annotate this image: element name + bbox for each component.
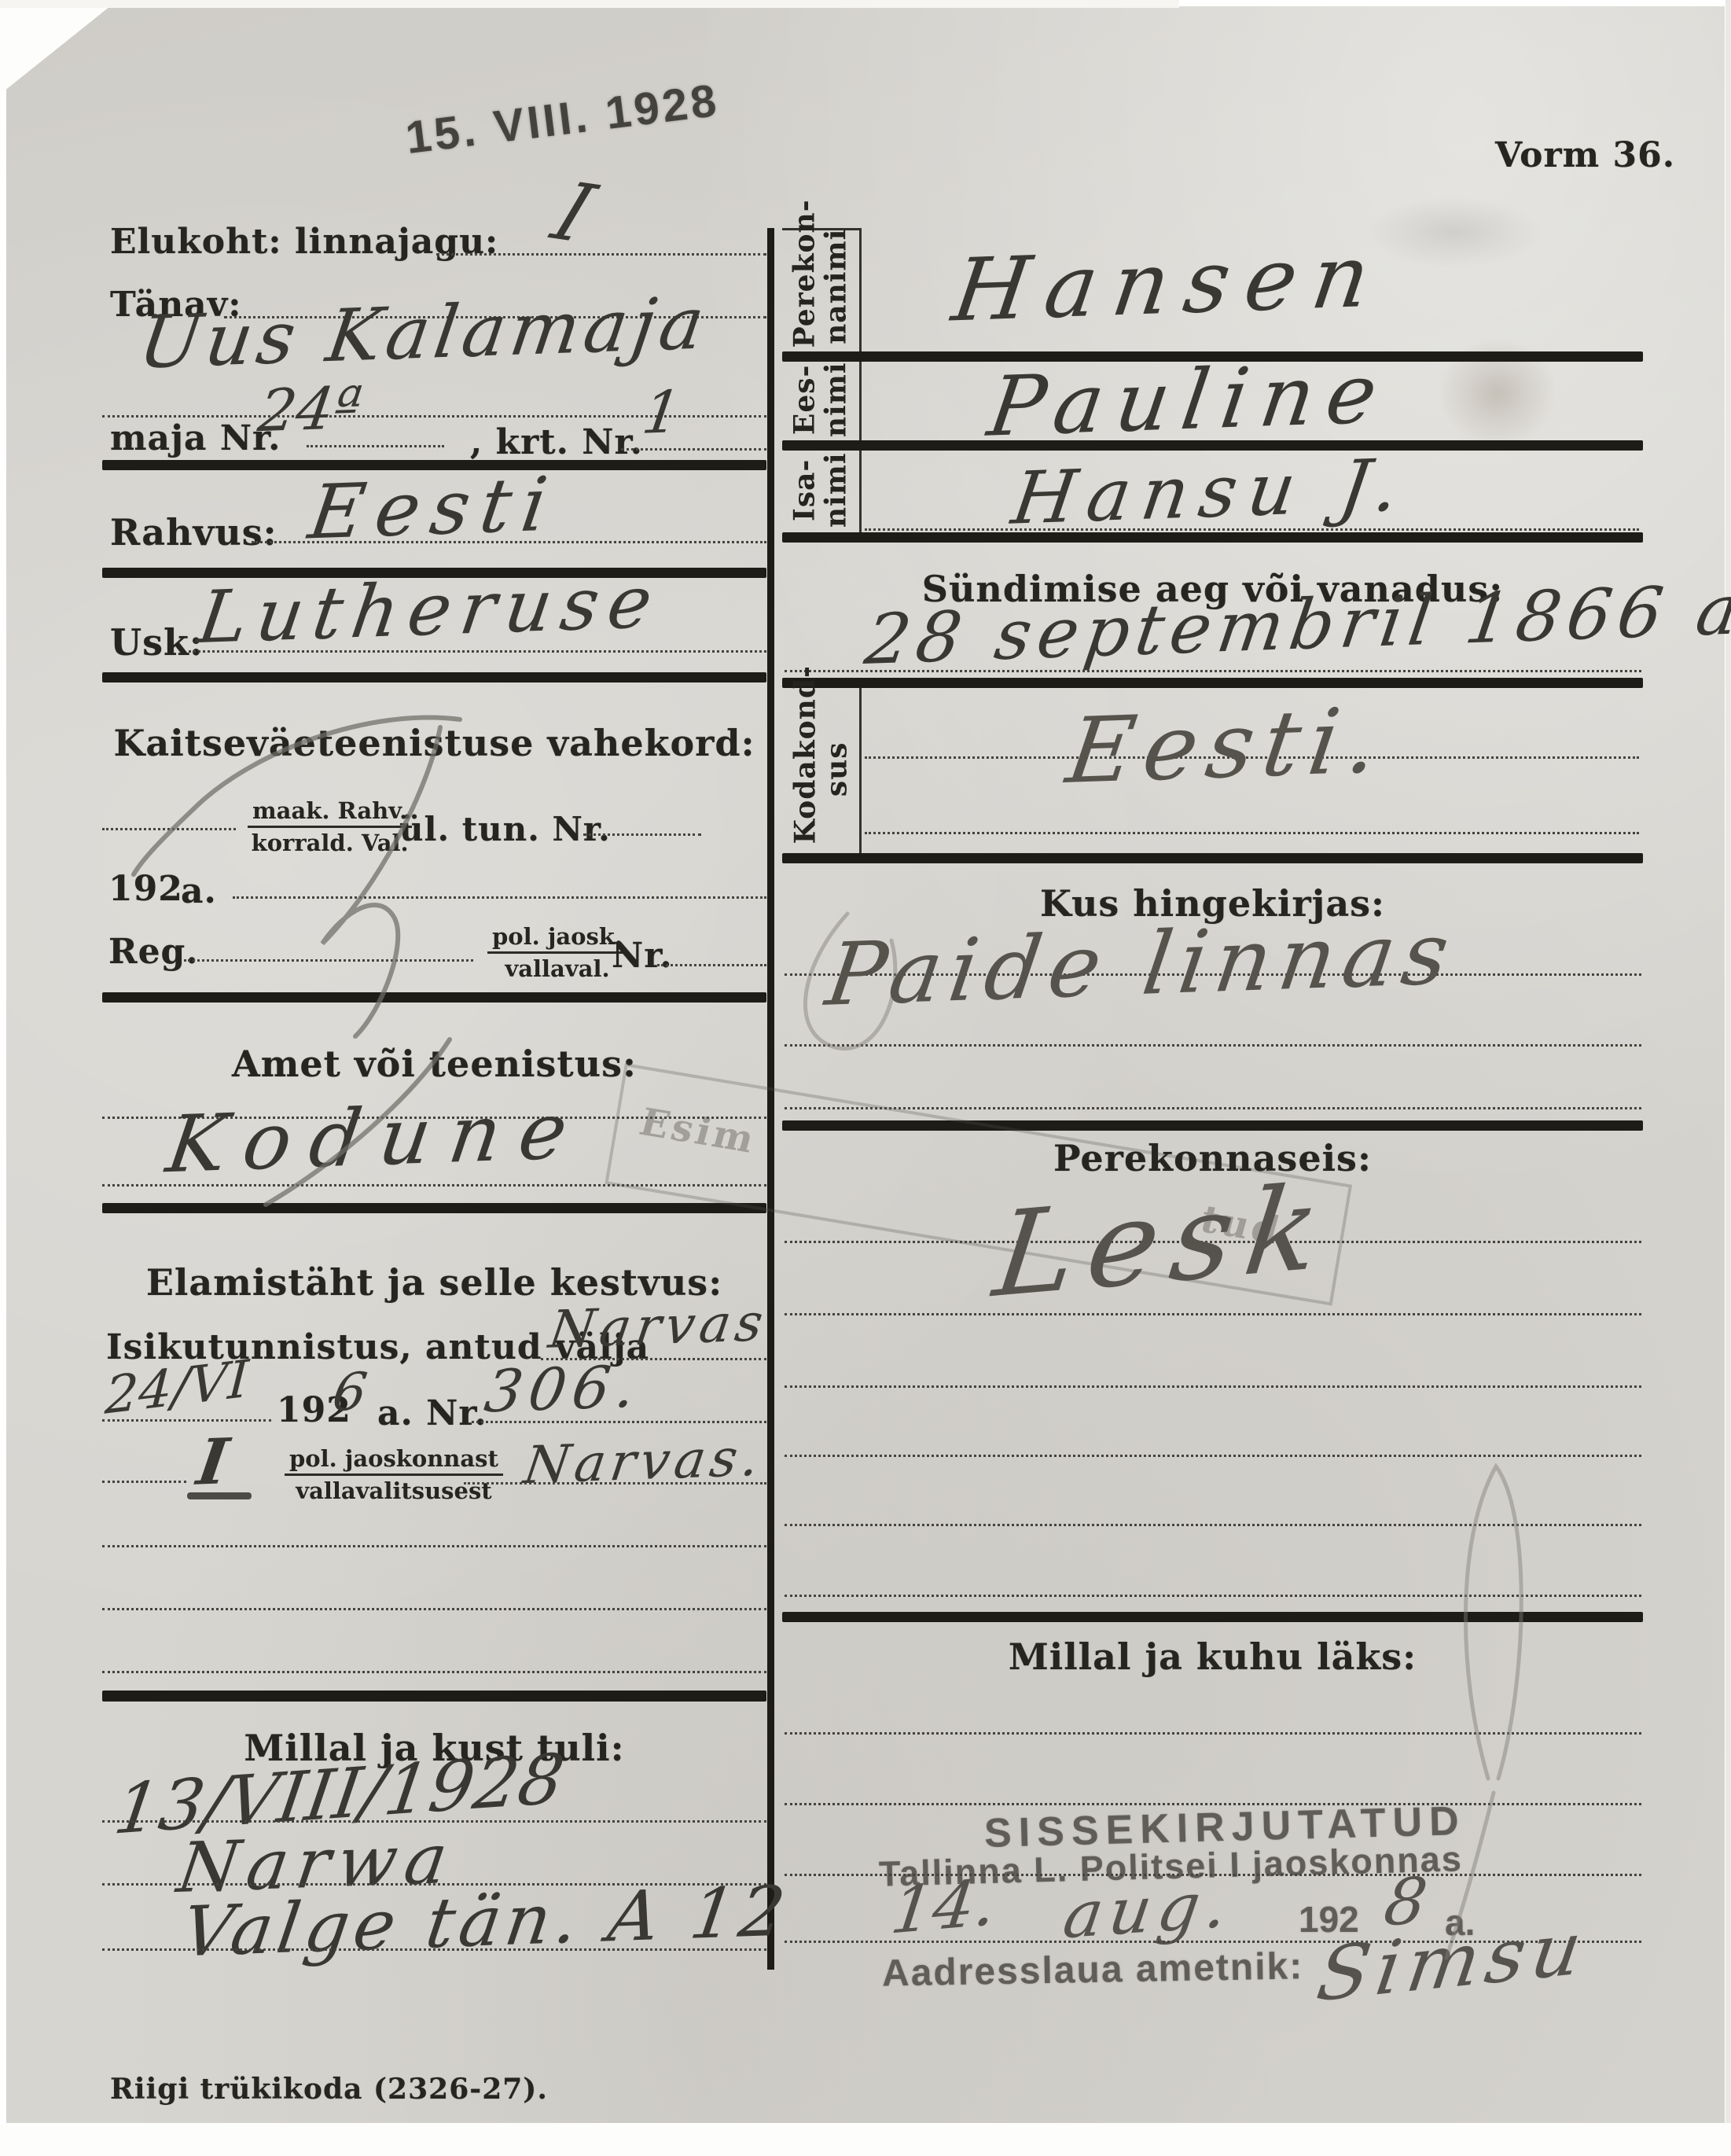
dotted-line bbox=[233, 896, 766, 899]
fathername-vertical-label: Isa- nimi bbox=[789, 451, 853, 529]
nationality-label: Rahvus: bbox=[110, 511, 277, 554]
firstname-vertical-label: Ees- nimi bbox=[789, 360, 853, 439]
label-box-divider bbox=[859, 451, 862, 532]
dotted-line bbox=[785, 1732, 1641, 1735]
dotted-line bbox=[436, 253, 766, 256]
heavy-rule bbox=[782, 678, 1643, 688]
dotted-line bbox=[583, 833, 701, 836]
dotted-line bbox=[785, 1524, 1641, 1526]
fathername-value: Hansu J. bbox=[1007, 443, 1415, 540]
surname-value: Hansen bbox=[946, 226, 1391, 341]
district-fraction-bottom: vallavalitsusest bbox=[285, 1476, 503, 1504]
dotted-line bbox=[472, 1421, 766, 1423]
district-fraction-top: pol. jaoskonnast bbox=[285, 1445, 503, 1476]
military-year-suffix: a. bbox=[181, 871, 217, 911]
dotted-line bbox=[102, 828, 236, 830]
military-year-prefix: 192 bbox=[108, 869, 183, 909]
faint-stamp-text-left: Esim bbox=[634, 1100, 762, 1162]
id-issued-place: Narvas bbox=[546, 1292, 772, 1360]
label-box-divider bbox=[859, 228, 862, 351]
military-fraction-bottom: korrald. Val. bbox=[248, 828, 412, 856]
dotted-line bbox=[189, 650, 766, 653]
occupation-value: Kodune bbox=[161, 1084, 592, 1190]
dotted-line bbox=[785, 1455, 1641, 1457]
dotted-line bbox=[102, 1419, 271, 1422]
dotted-line bbox=[785, 1595, 1641, 1597]
district-underline bbox=[187, 1492, 252, 1499]
dotted-line bbox=[252, 541, 766, 543]
military-fraction-top: maak. Rahv. bbox=[248, 797, 412, 828]
label-box-divider bbox=[859, 362, 862, 440]
heavy-rule bbox=[102, 1203, 766, 1213]
paper-stain bbox=[1368, 197, 1541, 267]
heavy-rule bbox=[102, 672, 766, 682]
departure-title: Millal ja kuhu läks: bbox=[782, 1635, 1643, 1678]
military-fraction2-top: pol. jaosk. bbox=[487, 923, 627, 954]
dotted-line bbox=[464, 1482, 766, 1485]
scan-edge-right bbox=[1725, 0, 1731, 2156]
dotted-line bbox=[102, 1948, 766, 1951]
scanned-form-page: { "page": { "form_number": "Vorm 36.", "… bbox=[0, 0, 1731, 2156]
id-nr-label: a. Nr. bbox=[377, 1393, 487, 1433]
firstname-value: Pauline bbox=[983, 345, 1395, 455]
military-fraction: maak. Rahv. korrald. Val. bbox=[248, 797, 412, 856]
dotted-line bbox=[865, 832, 1639, 834]
apartment-nr-label: , krt. Nr. bbox=[470, 422, 643, 462]
dotted-line bbox=[785, 1044, 1641, 1047]
dotted-line bbox=[102, 1608, 766, 1610]
heavy-rule bbox=[782, 532, 1643, 543]
heavy-rule bbox=[782, 1612, 1643, 1622]
military-service-title: Kaitseväeteenistuse vahekord: bbox=[102, 722, 766, 764]
dotted-line bbox=[102, 1545, 766, 1547]
dotted-line bbox=[307, 445, 444, 447]
heavy-rule bbox=[782, 853, 1643, 863]
id-nr-value: 306. bbox=[480, 1353, 645, 1426]
citizenship-vertical-label: Kodakond- sus bbox=[790, 694, 854, 844]
district-place: Narvas. bbox=[520, 1427, 768, 1496]
scan-edge-top bbox=[0, 0, 1179, 8]
dotted-line bbox=[184, 959, 473, 962]
surname-vertical-label: Perekon- nanimi bbox=[789, 225, 853, 348]
clerk-label: Aadresslaua ametnik: bbox=[882, 1944, 1304, 1995]
dotted-line bbox=[785, 1385, 1641, 1388]
dotted-line bbox=[657, 964, 766, 966]
military-nr-label: Nr. bbox=[612, 936, 673, 976]
house-nr-value: 24ª bbox=[255, 374, 366, 445]
military-cert-label: ül. tun. Nr. bbox=[399, 810, 611, 848]
residence-label: Elukoht: linnajagu: bbox=[110, 222, 498, 262]
dotted-line bbox=[785, 1107, 1641, 1109]
military-fraction2-bottom: vallaval. bbox=[487, 954, 627, 982]
military-fraction2: pol. jaosk. vallaval. bbox=[487, 923, 627, 982]
dotted-line bbox=[102, 1481, 186, 1483]
registered-day: 14. bbox=[887, 1865, 1000, 1948]
citizenship-value: Eesti. bbox=[1060, 688, 1394, 804]
printer-imprint: Riigi trükikoda (2326-27). bbox=[110, 2073, 548, 2106]
district-fraction: pol. jaoskonnast vallavalitsusest bbox=[285, 1445, 503, 1504]
dotted-line bbox=[102, 1671, 766, 1673]
heavy-rule bbox=[102, 1691, 766, 1702]
heavy-rule bbox=[102, 992, 766, 1003]
religion-label: Usk: bbox=[110, 621, 204, 664]
dotted-line bbox=[621, 448, 766, 451]
dotted-line bbox=[785, 1313, 1641, 1315]
label-box-divider bbox=[859, 688, 862, 853]
form-number: Vorm 36. bbox=[1495, 135, 1675, 175]
military-reg-label: Reg. bbox=[108, 932, 199, 972]
scan-edge-bottom bbox=[0, 2123, 1731, 2156]
religion-value: Lutheruse bbox=[193, 560, 667, 660]
